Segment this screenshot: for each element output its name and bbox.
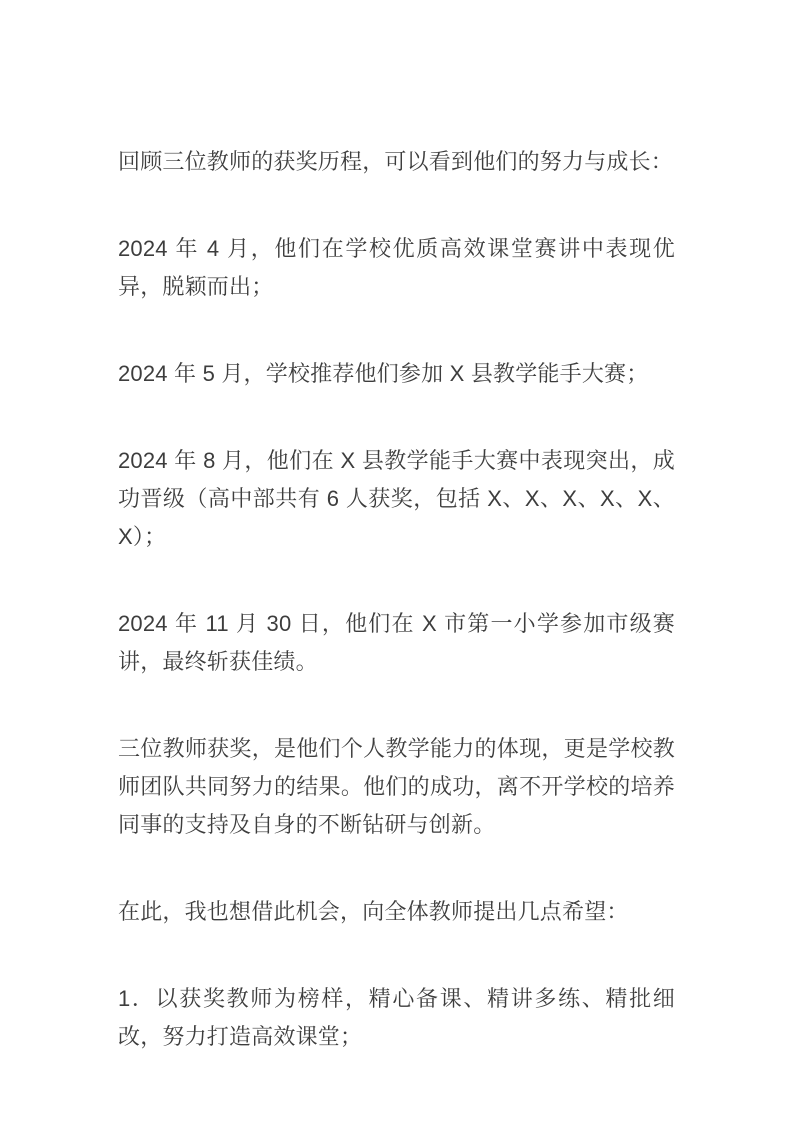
paragraph-april-2024: 2024 年 4 月，他们在学校优质高效课堂赛讲中表现优异，脱颖而出；: [118, 230, 675, 306]
paragraph-august-2024: 2024 年 8 月，他们在 X 县教学能手大赛中表现突出，成功晋级（高中部共有…: [118, 442, 675, 556]
paragraph-hopes-intro: 在此，我也想借此机会，向全体教师提出几点希望：: [118, 893, 675, 931]
paragraph-summary: 三位教师获奖，是他们个人教学能力的体现，更是学校教师团队共同努力的结果。他们的成…: [118, 730, 675, 844]
paragraph-hope-item-1: 1．以获奖教师为榜样，精心备课、精讲多练、精批细改，努力打造高效课堂；: [118, 980, 675, 1056]
document-page: 回顾三位教师的获奖历程，可以看到他们的努力与成长： 2024 年 4 月，他们在…: [0, 0, 793, 1122]
paragraph-intro-review: 回顾三位教师的获奖历程，可以看到他们的努力与成长：: [118, 143, 675, 181]
paragraph-november-2024: 2024 年 11 月 30 日，他们在 X 市第一小学参加市级赛讲，最终斩获佳…: [118, 605, 675, 681]
paragraph-may-2024: 2024 年 5 月，学校推荐他们参加 X 县教学能手大赛；: [118, 355, 675, 393]
